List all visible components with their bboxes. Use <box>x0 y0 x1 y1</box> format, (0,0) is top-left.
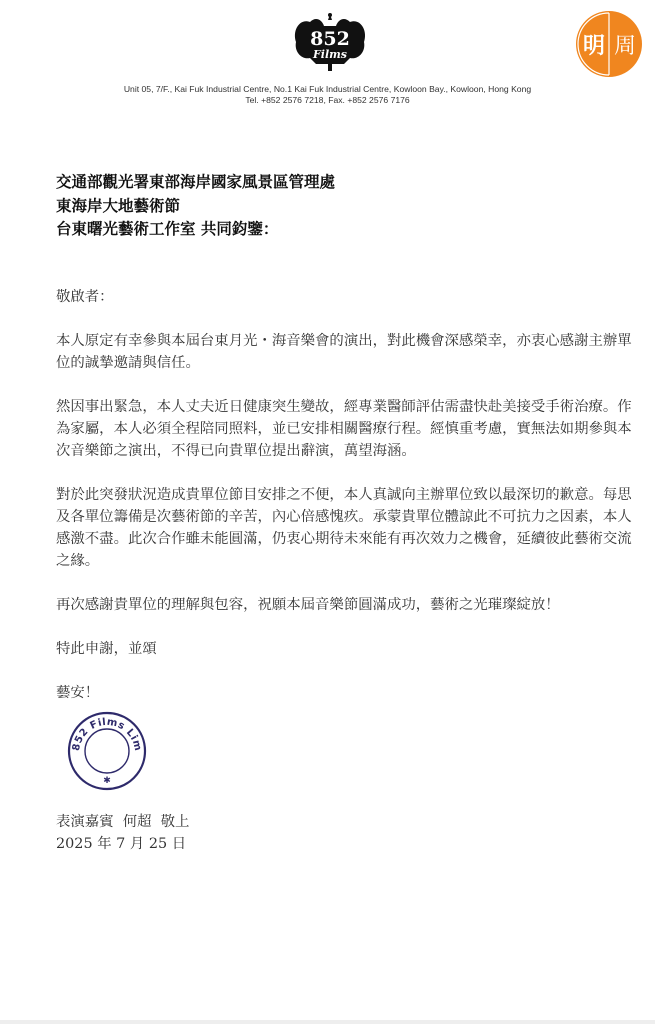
svg-text:852: 852 <box>310 28 350 50</box>
svg-text:周: 周 <box>614 34 636 59</box>
paragraph: 本人原定有幸參與本屆台東月光・海音樂會的演出，對此機會深感榮幸，亦衷心感謝主辦單… <box>56 330 646 374</box>
letter-body: 敬啟者： 本人原定有幸參與本屆台東月光・海音樂會的演出，對此機會深感榮幸，亦衷心… <box>56 286 646 726</box>
closing-blessing: 藝安！ <box>56 682 646 704</box>
recipient-line: 東海岸大地藝術節 <box>56 194 335 218</box>
address-line: Unit 05, 7/F., Kai Fuk Industrial Centre… <box>0 84 655 95</box>
recipient-line: 台東曙光藝術工作室 共同鈞鑒： <box>56 217 335 241</box>
mingpao-weekly-badge: 明 周 <box>575 10 643 78</box>
signoff: 表演嘉賓 何超 敬上 <box>56 811 189 833</box>
852-films-logo: 852 Films <box>292 12 368 72</box>
contact-line: Tel. +852 2576 7218, Fax. +852 2576 7176 <box>0 95 655 106</box>
letter-date: 2025 年 7 月 25 日 <box>56 833 189 855</box>
paragraph: 然因事出緊急，本人丈夫近日健康突生變故，經專業醫師評估需盡快赴美接受手術治療。作… <box>56 396 646 462</box>
svg-text:✱: ✱ <box>103 776 111 786</box>
page-bottom-edge <box>0 1020 655 1024</box>
paragraph: 對於此突發狀況造成貴單位節目安排之不便，本人真誠向主辦單位致以最深切的歉意。每思… <box>56 484 646 572</box>
letterhead-address: Unit 05, 7/F., Kai Fuk Industrial Centre… <box>0 84 655 106</box>
signature-block: 表演嘉賓 何超 敬上 2025 年 7 月 25 日 <box>56 811 189 855</box>
salutation: 敬啟者： <box>56 286 646 308</box>
svg-text:Films: Films <box>312 48 347 61</box>
recipient-line: 交通部觀光署東部海岸國家風景區管理處 <box>56 170 335 194</box>
svg-text:明: 明 <box>583 34 605 59</box>
recipients-block: 交通部觀光署東部海岸國家風景區管理處 東海岸大地藝術節 台東曙光藝術工作室 共同… <box>56 170 335 241</box>
paragraph: 再次感謝貴單位的理解與包容，祝願本屆音樂節圓滿成功，藝術之光璀璨綻放！ <box>56 594 646 616</box>
closing-line: 特此申謝，並頌 <box>56 638 646 660</box>
company-seal-stamp: 852 Films Limited ✱ <box>66 703 148 799</box>
